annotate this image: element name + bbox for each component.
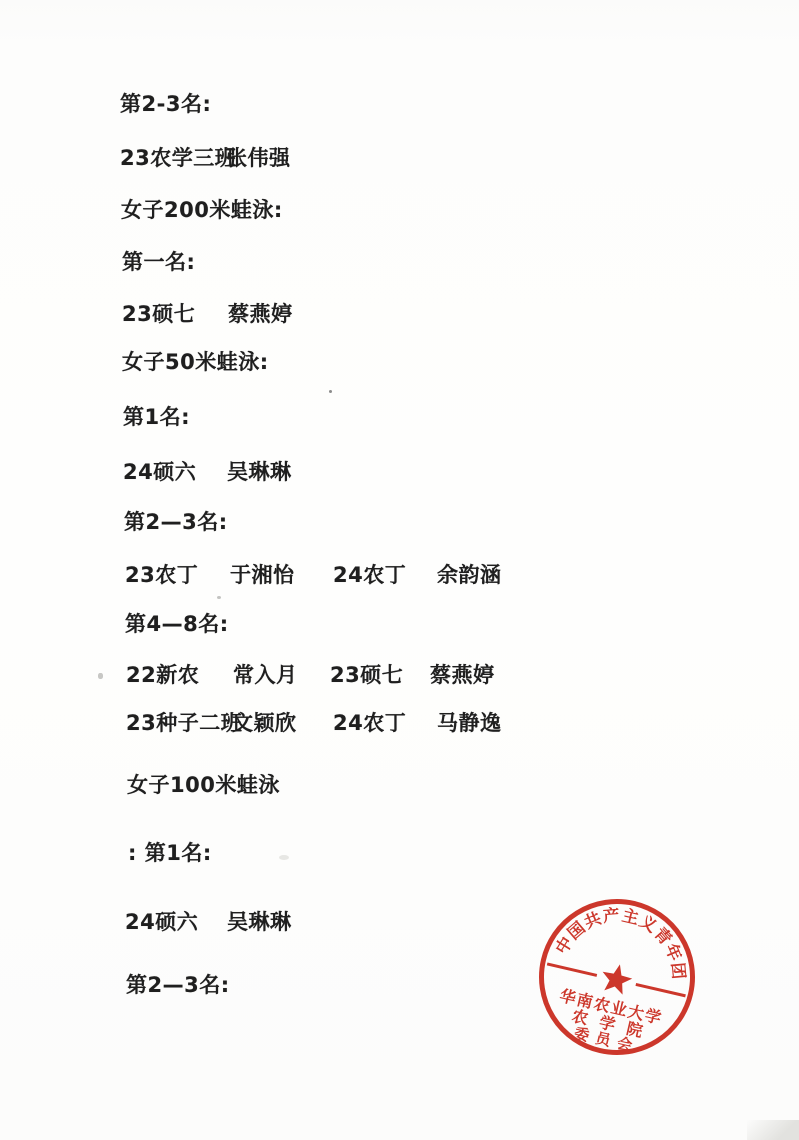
text-segment: 吴琳琳 <box>227 911 292 934</box>
text-segment: 蔡燕婷 <box>430 664 495 687</box>
text-segment: 女子200米蛙泳: <box>121 199 283 222</box>
star-icon <box>599 961 635 996</box>
text-segment: 常入月 <box>233 664 298 687</box>
text-segment: 22新农 <box>126 664 199 687</box>
text-segment: 23农学三班 <box>120 147 236 170</box>
text-segment: 马静逸 <box>437 712 502 735</box>
scan-speck <box>217 596 221 599</box>
text-segment: 张伟强 <box>226 147 291 170</box>
text-segment: 23种子二班 <box>126 712 242 735</box>
official-seal: 中国共产主义青年团 华南农业大学 农学院 委员会 <box>531 891 703 1063</box>
text-segment: 女子100米蛙泳 <box>127 774 280 797</box>
text-segment: 23硕七 <box>330 664 403 687</box>
seal-right-line <box>636 984 686 995</box>
text-segment: 24农丁 <box>333 564 406 587</box>
text-segment: 余韵涵 <box>437 564 502 587</box>
scan-speck <box>329 390 332 393</box>
text-segment: 女子50米蛙泳: <box>122 351 269 374</box>
text-segment: 第2—3名: <box>126 974 230 997</box>
text-segment: 24硕六 <box>125 911 198 934</box>
text-segment: 文颖欣 <box>232 712 297 735</box>
text-segment: 蔡燕婷 <box>228 303 293 326</box>
document-page: 第2-3名:23农学三班张伟强女子200米蛙泳:第一名:23硕七蔡燕婷女子50米… <box>0 0 799 1140</box>
text-segment: 第2—3名: <box>124 511 228 534</box>
text-segment: 第2-3名: <box>120 93 211 116</box>
scan-speck <box>279 855 289 860</box>
text-segment: 24硕六 <box>123 461 196 484</box>
text-segment: 第4—8名: <box>125 613 229 636</box>
seal-left-line <box>547 964 597 975</box>
text-segment: 第1名: <box>123 406 190 429</box>
text-segment: 23硕七 <box>122 303 195 326</box>
text-segment: 第一名: <box>122 251 195 274</box>
text-segment: 23农丁 <box>125 564 198 587</box>
text-segment: 吴琳琳 <box>227 461 292 484</box>
scan-speck <box>98 673 103 679</box>
text-segment: 于湘怡 <box>230 564 295 587</box>
text-segment: 24农丁 <box>333 712 406 735</box>
scan-corner-shadow <box>747 1120 799 1140</box>
text-segment: : 第1名: <box>128 842 212 865</box>
